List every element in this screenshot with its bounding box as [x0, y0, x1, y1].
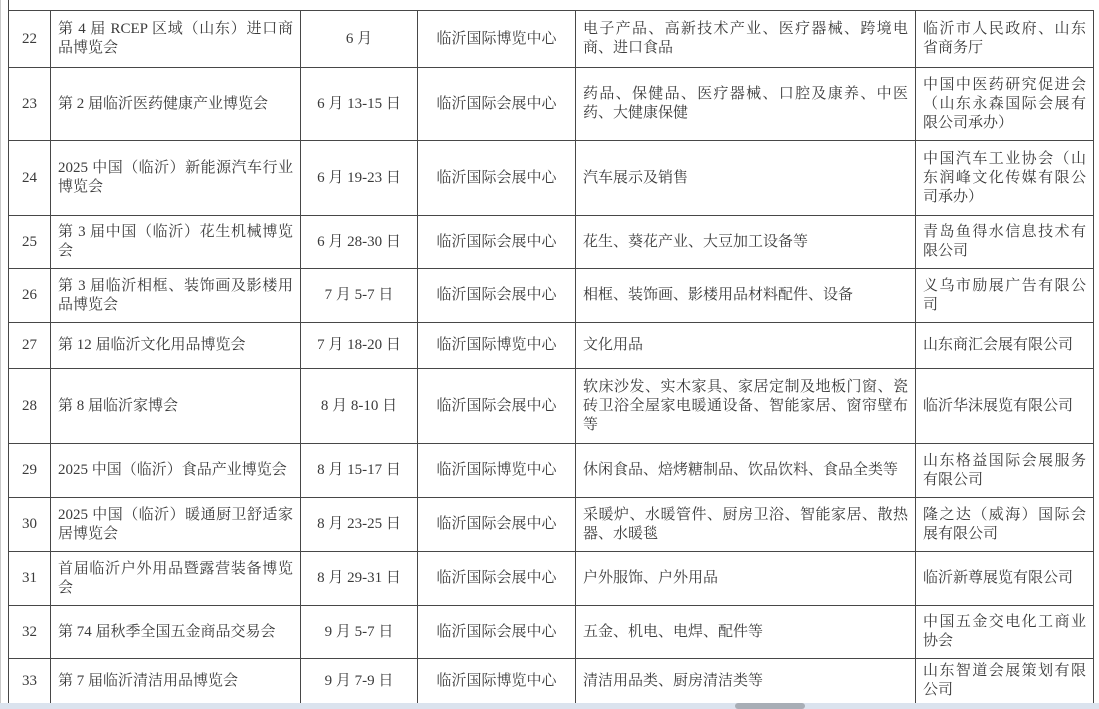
cell-scope: 休闲食品、焙烤糖制品、饮品饮料、食品全类等 [576, 444, 916, 498]
exhibition-table-container: 22 第 4 届 RCEP 区域（山东）进口商品博览会 6 月 临沂国际博览中心… [8, 10, 1093, 704]
table-row: 33 第 7 届临沂清洁用品博览会 9 月 7-9 日 临沂国际博览中心 清洁用… [9, 659, 1094, 704]
cell-date: 7 月 5-7 日 [301, 269, 418, 323]
cell-exhibition-name: 第 2 届临沂医药健康产业博览会 [51, 68, 301, 141]
cell-organizer: 中国五金交电化工商业协会 [916, 606, 1094, 659]
cell-row-number: 29 [9, 444, 51, 498]
cell-venue: 临沂国际会展中心 [418, 606, 576, 659]
cell-scope: 文化用品 [576, 323, 916, 369]
cell-scope: 电子产品、高新技术产业、医疗器械、跨境电商、进口食品 [576, 11, 916, 68]
cell-row-number: 25 [9, 216, 51, 269]
cell-exhibition-name: 2025 中国（临沂）暖通厨卫舒适家居博览会 [51, 498, 301, 552]
cell-row-number: 28 [9, 369, 51, 444]
exhibition-table-body: 22 第 4 届 RCEP 区域（山东）进口商品博览会 6 月 临沂国际博览中心… [9, 11, 1094, 704]
cell-row-number: 22 [9, 11, 51, 68]
cell-venue: 临沂国际会展中心 [418, 269, 576, 323]
cell-venue: 临沂国际会展中心 [418, 68, 576, 141]
cell-date: 8 月 29-31 日 [301, 552, 418, 606]
table-row: 22 第 4 届 RCEP 区域（山东）进口商品博览会 6 月 临沂国际博览中心… [9, 11, 1094, 68]
cell-scope: 花生、葵花产业、大豆加工设备等 [576, 216, 916, 269]
cell-scope: 软床沙发、实木家具、家居定制及地板门窗、瓷砖卫浴全屋家电暖通设备、智能家居、窗帘… [576, 369, 916, 444]
cell-organizer: 临沂市人民政府、山东省商务厅 [916, 11, 1094, 68]
cell-exhibition-name: 2025 中国（临沂）食品产业博览会 [51, 444, 301, 498]
exhibition-schedule-table: 22 第 4 届 RCEP 区域（山东）进口商品博览会 6 月 临沂国际博览中心… [8, 10, 1094, 704]
cell-venue: 临沂国际博览中心 [418, 323, 576, 369]
cell-row-number: 26 [9, 269, 51, 323]
cell-organizer: 山东商汇会展有限公司 [916, 323, 1094, 369]
cell-exhibition-name: 第 3 届中国（临沂）花生机械博览会 [51, 216, 301, 269]
cell-row-number: 31 [9, 552, 51, 606]
cell-date: 7 月 18-20 日 [301, 323, 418, 369]
cell-exhibition-name: 第 3 届临沂相框、装饰画及影楼用品博览会 [51, 269, 301, 323]
table-row: 23 第 2 届临沂医药健康产业博览会 6 月 13-15 日 临沂国际会展中心… [9, 68, 1094, 141]
table-row: 30 2025 中国（临沂）暖通厨卫舒适家居博览会 8 月 23-25 日 临沂… [9, 498, 1094, 552]
cell-date: 6 月 [301, 11, 418, 68]
cell-venue: 临沂国际博览中心 [418, 659, 576, 704]
cell-date: 8 月 23-25 日 [301, 498, 418, 552]
table-row: 28 第 8 届临沂家博会 8 月 8-10 日 临沂国际会展中心 软床沙发、实… [9, 369, 1094, 444]
cell-scope: 清洁用品类、厨房清洁类等 [576, 659, 916, 704]
cell-exhibition-name: 首届临沂户外用品暨露营装备博览会 [51, 552, 301, 606]
cell-row-number: 32 [9, 606, 51, 659]
cell-organizer: 山东格益国际会展服务有限公司 [916, 444, 1094, 498]
cell-scope: 采暖炉、水暖管件、厨房卫浴、智能家居、散热器、水暖毯 [576, 498, 916, 552]
cell-date: 8 月 8-10 日 [301, 369, 418, 444]
cell-scope: 户外服饰、户外用品 [576, 552, 916, 606]
cell-exhibition-name: 第 8 届临沂家博会 [51, 369, 301, 444]
cell-date: 6 月 13-15 日 [301, 68, 418, 141]
cell-venue: 临沂国际会展中心 [418, 369, 576, 444]
cell-venue: 临沂国际会展中心 [418, 552, 576, 606]
cell-organizer: 隆之达（威海）国际会展有限公司 [916, 498, 1094, 552]
cell-exhibition-name: 第 7 届临沂清洁用品博览会 [51, 659, 301, 704]
table-row: 25 第 3 届中国（临沂）花生机械博览会 6 月 28-30 日 临沂国际会展… [9, 216, 1094, 269]
table-row: 24 2025 中国（临沂）新能源汽车行业博览会 6 月 19-23 日 临沂国… [9, 141, 1094, 216]
table-row: 26 第 3 届临沂相框、装饰画及影楼用品博览会 7 月 5-7 日 临沂国际会… [9, 269, 1094, 323]
cell-date: 6 月 19-23 日 [301, 141, 418, 216]
cell-row-number: 33 [9, 659, 51, 704]
cell-organizer: 临沂新尊展览有限公司 [916, 552, 1094, 606]
cell-row-number: 30 [9, 498, 51, 552]
cell-scope: 五金、机电、电焊、配件等 [576, 606, 916, 659]
horizontal-scrollbar[interactable] [0, 703, 1099, 709]
table-row: 32 第 74 届秋季全国五金商品交易会 9 月 5-7 日 临沂国际会展中心 … [9, 606, 1094, 659]
cell-venue: 临沂国际博览中心 [418, 11, 576, 68]
cell-scope: 相框、装饰画、影楼用品材料配件、设备 [576, 269, 916, 323]
cell-venue: 临沂国际会展中心 [418, 216, 576, 269]
cell-organizer: 义乌市励展广告有限公司 [916, 269, 1094, 323]
cell-row-number: 24 [9, 141, 51, 216]
cell-exhibition-name: 第 74 届秋季全国五金商品交易会 [51, 606, 301, 659]
cell-date: 8 月 15-17 日 [301, 444, 418, 498]
horizontal-scrollbar-thumb[interactable] [735, 703, 805, 709]
cell-organizer: 中国中医药研究促进会（山东永森国际会展有限公司承办） [916, 68, 1094, 141]
cell-scope: 药品、保健品、医疗器械、口腔及康养、中医药、大健康保健 [576, 68, 916, 141]
cell-organizer: 中国汽车工业协会（山东润峰文化传媒有限公司承办） [916, 141, 1094, 216]
cell-date: 9 月 7-9 日 [301, 659, 418, 704]
cell-venue: 临沂国际会展中心 [418, 498, 576, 552]
cell-venue: 临沂国际会展中心 [418, 141, 576, 216]
cell-exhibition-name: 第 4 届 RCEP 区域（山东）进口商品博览会 [51, 11, 301, 68]
cell-organizer: 临沂华沫展览有限公司 [916, 369, 1094, 444]
table-row: 27 第 12 届临沂文化用品博览会 7 月 18-20 日 临沂国际博览中心 … [9, 323, 1094, 369]
cell-organizer: 山东智道会展策划有限公司 [916, 659, 1094, 704]
cell-row-number: 23 [9, 68, 51, 141]
cell-exhibition-name: 2025 中国（临沂）新能源汽车行业博览会 [51, 141, 301, 216]
cell-row-number: 27 [9, 323, 51, 369]
cell-date: 9 月 5-7 日 [301, 606, 418, 659]
cell-scope: 汽车展示及销售 [576, 141, 916, 216]
page-left-edge [0, 0, 1, 709]
cell-venue: 临沂国际博览中心 [418, 444, 576, 498]
cell-date: 6 月 28-30 日 [301, 216, 418, 269]
cell-exhibition-name: 第 12 届临沂文化用品博览会 [51, 323, 301, 369]
cell-organizer: 青岛鱼得水信息技术有限公司 [916, 216, 1094, 269]
table-row: 31 首届临沂户外用品暨露营装备博览会 8 月 29-31 日 临沂国际会展中心… [9, 552, 1094, 606]
table-row: 29 2025 中国（临沂）食品产业博览会 8 月 15-17 日 临沂国际博览… [9, 444, 1094, 498]
